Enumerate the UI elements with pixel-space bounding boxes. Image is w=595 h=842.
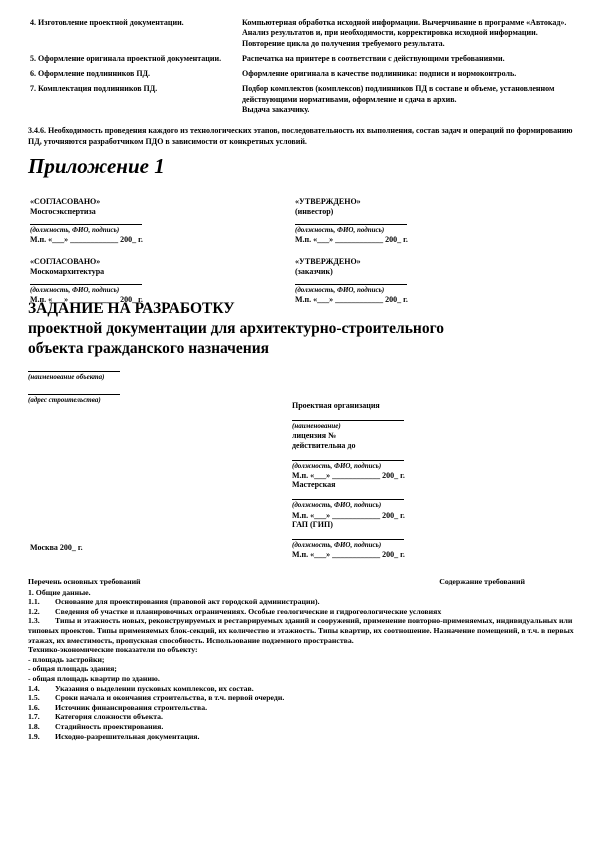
object-fields: (наименование объекта) (адрес строительс…	[28, 362, 188, 408]
blank-line	[28, 362, 120, 372]
requirement-item: 1.5.Сроки начала и окончания строительст…	[28, 693, 576, 703]
signature-line	[30, 277, 142, 285]
requirements-section: Перечень основных требований Содержание …	[28, 577, 576, 741]
signature-date-line: М.п. «___» ____________ 200_ г.	[30, 235, 200, 245]
stage-description: Распечатка на принтере в соответствии с …	[242, 54, 576, 64]
item-text: Исходно-разрешительная документация.	[55, 732, 199, 741]
signature-line	[292, 533, 404, 540]
item-number: 1.9.	[28, 732, 55, 742]
item-text: Источник финансирования строительства.	[55, 703, 207, 712]
approval-block-soglasovano-moskomarkhitektura: «СОГЛАСОВАНО» Москомархитектура (должнос…	[30, 257, 200, 305]
stage-label: 7. Комплектация подлинников ПД.	[30, 84, 242, 115]
item-text: Сроки начала и окончания строительства, …	[55, 693, 284, 702]
requirement-item: 1.1.Основание для проектирования (правов…	[28, 597, 576, 607]
workshop-label: Мастерская	[292, 480, 462, 489]
requirement-item: 1.3.Типы и этажность новых, реконструиру…	[28, 616, 576, 645]
approval-party: (инвестор)	[295, 207, 465, 217]
approval-block-utverzhdeno-zakazchik: «УТВЕРЖДЕНО» (заказчик) (должность, ФИО,…	[295, 257, 465, 305]
requirement-item: 1.7.Категория сложности объекта.	[28, 712, 576, 722]
item-number: 1.2.	[28, 607, 55, 617]
signature-date-line: М.п. «___» ____________ 200_ г.	[292, 550, 462, 559]
requirements-section-title: 1. Общие данные.	[28, 588, 576, 598]
signature-date-line: М.п. «___» ____________ 200_ г.	[292, 471, 462, 480]
object-name-field: (наименование объекта)	[28, 362, 188, 382]
item-number: 1.8.	[28, 722, 55, 732]
signature-line	[295, 217, 407, 225]
item-number: 1.6.	[28, 703, 55, 713]
signature-date-line: М.п. «___» ____________ 200_ г.	[292, 511, 462, 520]
license-valid-line: действительна до	[292, 441, 462, 450]
signature-caption: (должность, ФИО, подпись)	[292, 541, 462, 550]
item-text: Указания о выделении пусковых комплексов…	[55, 684, 254, 693]
signature-date-line: М.п. «___» ____________ 200_ г.	[295, 235, 465, 245]
requirements-left-header: Перечень основных требований	[28, 577, 141, 587]
signature-caption: (должность, ФИО, подпись)	[292, 501, 462, 510]
item-text: Стадийность проектирования.	[55, 722, 163, 731]
stage-description: Компьютерная обработка исходной информац…	[242, 18, 576, 49]
field-caption: (наименование)	[292, 422, 462, 431]
item-number: 1.5.	[28, 693, 55, 703]
approval-block-soglasovano-mosgosekspertiza: «СОГЛАСОВАНО» Мосгосэкспертиза (должност…	[30, 197, 200, 245]
blank-line	[292, 414, 404, 421]
item-text: Категория сложности объекта.	[55, 712, 163, 721]
item-number: 1.1.	[28, 597, 55, 607]
requirements-right-header: Содержание требований	[439, 577, 525, 587]
item-number: 1.4.	[28, 684, 55, 694]
item-text: Типы и этажность новых, реконструируемых…	[28, 616, 574, 644]
item-number: 1.7.	[28, 712, 55, 722]
document-page: 4. Изготовление проектной документации. …	[0, 0, 595, 842]
approval-party: (заказчик)	[295, 267, 465, 277]
signature-caption: (должность, ФИО, подпись)	[295, 286, 465, 295]
stage-label: 5. Оформление оригинала проектной докуме…	[30, 54, 242, 64]
requirements-headers: Перечень основных требований Содержание …	[28, 577, 525, 587]
field-caption: (наименование объекта)	[28, 373, 188, 382]
tep-intro: Технико-экономические показатели по объе…	[28, 645, 576, 655]
object-address-field: (адрес строительства)	[28, 385, 188, 405]
stage-row: 6. Оформление подлинников ПД. Оформление…	[30, 69, 576, 79]
approval-status: «СОГЛАСОВАНО»	[30, 257, 200, 267]
requirement-item: 1.8.Стадийность проектирования.	[28, 722, 576, 732]
item-number: 1.3.	[28, 616, 55, 626]
approval-party: Москомархитектура	[30, 267, 200, 277]
signature-line	[292, 493, 404, 500]
item-text: Сведения об участке и планировочных огра…	[55, 607, 441, 616]
item-text: Основание для проектирования (правовой а…	[55, 597, 320, 606]
tep-item: - общая площадь квартир по зданию.	[28, 674, 576, 684]
blank-line	[28, 385, 120, 395]
field-caption: (адрес строительства)	[28, 396, 188, 405]
tep-item: - общая площадь здания;	[28, 664, 576, 674]
license-number-line: лицензия №	[292, 431, 462, 440]
signature-caption: (должность, ФИО, подпись)	[30, 226, 200, 235]
signature-caption: (должность, ФИО, подпись)	[295, 226, 465, 235]
approval-status: «УТВЕРЖДЕНО»	[295, 197, 465, 207]
approval-status: «УТВЕРЖДЕНО»	[295, 257, 465, 267]
stage-description: Подбор комплектов (комплексов) подлинник…	[242, 84, 576, 115]
tep-item: - площадь застройки;	[28, 655, 576, 665]
requirement-item: 1.2.Сведения об участке и планировочных …	[28, 607, 576, 617]
signature-line	[30, 217, 142, 225]
signature-caption: (должность, ФИО, подпись)	[30, 286, 200, 295]
chief-architect-label: ГАП (ГИП)	[292, 520, 462, 529]
project-org-header: Проектная организация	[292, 401, 462, 410]
project-org-column: Проектная организация (наименование) лиц…	[292, 401, 462, 559]
appendix-heading: Приложение 1	[28, 153, 165, 179]
stage-label: 6. Оформление подлинников ПД.	[30, 69, 242, 79]
signature-line	[292, 454, 404, 461]
requirement-item: 1.4.Указания о выделении пусковых компле…	[28, 684, 576, 694]
stage-row: 5. Оформление оригинала проектной докуме…	[30, 54, 576, 64]
approval-party: Мосгосэкспертиза	[30, 207, 200, 217]
requirement-item: 1.6.Источник финансирования строительств…	[28, 703, 576, 713]
stage-row: 4. Изготовление проектной документации. …	[30, 18, 576, 49]
tech-stages-list: 4. Изготовление проектной документации. …	[30, 18, 576, 115]
signature-line	[295, 277, 407, 285]
stage-row: 7. Комплектация подлинников ПД. Подбор к…	[30, 84, 576, 115]
signature-caption: (должность, ФИО, подпись)	[292, 462, 462, 471]
requirement-item: 1.9.Исходно-разрешительная документация.	[28, 732, 576, 742]
stage-label: 4. Изготовление проектной документации.	[30, 18, 242, 49]
approval-block-utverzhdeno-investor: «УТВЕРЖДЕНО» (инвестор) (должность, ФИО,…	[295, 197, 465, 245]
city-year-line: Москва 200_ г.	[30, 543, 83, 553]
stage-description: Оформление оригинала в качестве подлинни…	[242, 69, 576, 79]
clause-346-paragraph: 3.4.6. Необходимость проведения каждого …	[28, 126, 576, 147]
approval-status: «СОГЛАСОВАНО»	[30, 197, 200, 207]
document-title: ЗАДАНИЕ НА РАЗРАБОТКУ проектной документ…	[28, 299, 573, 359]
